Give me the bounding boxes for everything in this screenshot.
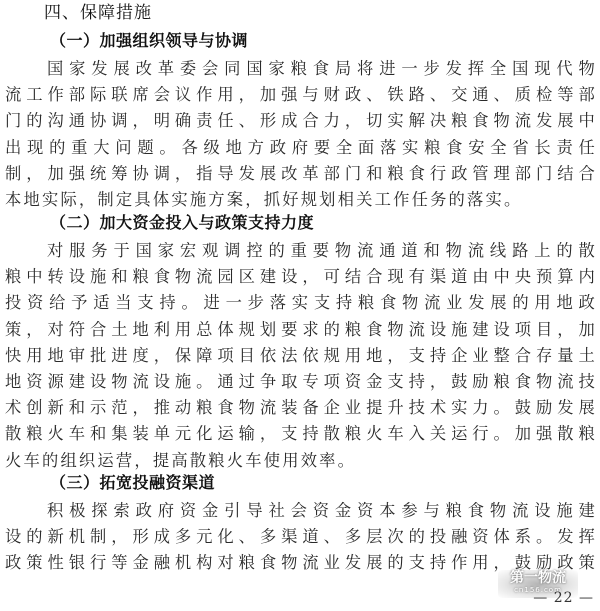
text-line: 地资源建设物流设施。通过争取专项资金支持，鼓励粮食物流技 bbox=[5, 369, 597, 395]
text-line: 流工作部际联席会议作用，加强与财政、铁路、交通、质检等部 bbox=[5, 82, 597, 108]
document-page: 四、保障措施 （一）加强组织领导与协调 国家发展改革委会同国家粮食局将进一步发挥… bbox=[0, 0, 600, 611]
text-line: 术创新和示范，推动粮食物流装备企业提升技术实力。鼓励发展 bbox=[5, 395, 597, 421]
text-line: 火车的组织运营，提高散粮火车使用效率。 bbox=[5, 448, 597, 474]
subsection-heading-3: （三）拓宽投融资渠道 bbox=[50, 472, 215, 494]
text-line: 散粮火车和集装单元化运输，支持散粮火车入关运行。加强散粮 bbox=[5, 421, 597, 447]
text-line: 策，对符合土地利用总体规划要求的粮食物流设施建设项目，加 bbox=[5, 317, 597, 343]
subsection-paragraph-1: 国家发展改革委会同国家粮食局将进一步发挥全国现代物 流工作部际联席会议作用，加强… bbox=[5, 56, 597, 213]
text-line: 投资给予适当支持。进一步落实支持粮食物流业发展的用地政 bbox=[5, 290, 597, 316]
page-number: — 22 — bbox=[533, 590, 594, 606]
section-title: 四、保障措施 bbox=[44, 2, 152, 24]
text-line: 快用地审批进度，保障项目依法依规用地，支持企业整合存量土 bbox=[5, 343, 597, 369]
subsection-heading-1: （一）加强组织领导与协调 bbox=[50, 30, 248, 52]
subsection-paragraph-3: 积极探索政府资金引导社会资金资本参与粮食物流设施建 设的新机制，形成多元化、多渠… bbox=[5, 498, 597, 577]
text-line: 国家发展改革委会同国家粮食局将进一步发挥全国现代物 bbox=[5, 56, 597, 82]
text-line: 设的新机制，形成多元化、多渠道、多层次的投融资体系。发挥 bbox=[5, 524, 597, 550]
text-line: 粮中转设施和粮食物流园区建设，可结合现有渠道由中央预算内 bbox=[5, 264, 597, 290]
text-line: 制，加强统筹协调，指导发展改革部门和粮食行政管理部门结合 bbox=[5, 161, 597, 187]
text-line: 积极探索政府资金引导社会资金资本参与粮食物流设施建 bbox=[5, 498, 597, 524]
text-line: 门的沟通协调，明确责任、形成合力，切实解决粮食物流发展中 bbox=[5, 108, 597, 134]
subsection-paragraph-2: 对服务于国家宏观调控的重要物流通道和物流线路上的散 粮中转设施和粮食物流园区建设… bbox=[5, 238, 597, 474]
text-line: 本地实际，制定具体实施方案，抓好规划相关工作任务的落实。 bbox=[5, 187, 597, 213]
text-line: 政策性银行等金融机构对粮食物流业发展的支持作用，鼓励政策 bbox=[5, 550, 597, 576]
subsection-heading-2: （二）加大资金投入与政策支持力度 bbox=[50, 212, 314, 234]
text-line: 对服务于国家宏观调控的重要物流通道和物流线路上的散 bbox=[5, 238, 597, 264]
text-line: 出现的重大问题。各级地方政府要全面落实粮食安全省长责任 bbox=[5, 135, 597, 161]
